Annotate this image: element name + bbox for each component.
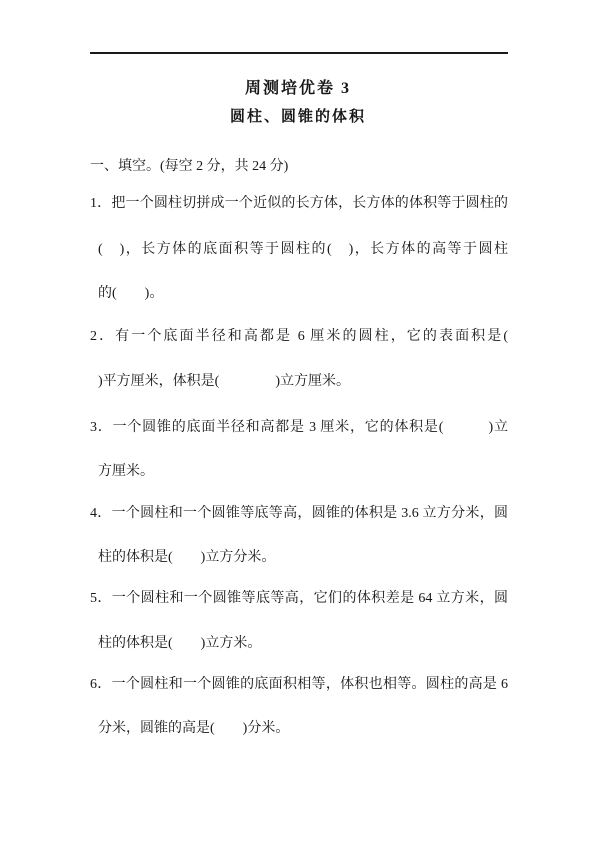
question-2-line-2: )平方厘米，体积是( )立方厘米。: [98, 360, 508, 403]
question-1-line-2: ( )，长方体的底面积等于圆柱的( )，长方体的高等于圆柱: [98, 228, 508, 271]
question-2-line-1: 2．有一个底面半径和高都是 6 厘米的圆柱，它的表面积是(: [90, 315, 508, 358]
question-5-line-2: 柱的体积是( )立方米。: [98, 622, 508, 665]
question-5-line-1: 5．一个圆柱和一个圆锥等底等高，它们的体积差是 64 立方米，圆: [90, 577, 508, 620]
question-4-line-1: 4．一个圆柱和一个圆锥等底等高，圆锥的体积是 3.6 立方分米，圆: [90, 492, 508, 535]
question-6-line-2: 分米，圆锥的高是( )分米。: [98, 707, 508, 750]
worksheet-page: 周测培优卷 3 圆柱、圆锥的体积 一、填空。(每空 2 分，共 24 分) 1．…: [0, 0, 596, 842]
page-subtitle: 圆柱、圆锥的体积: [0, 105, 596, 129]
question-3-line-1: 3．一个圆锥的底面半径和高都是 3 厘米，它的体积是( )立: [90, 406, 508, 449]
question-6-line-1: 6．一个圆柱和一个圆锥的底面积相等，体积也相等。圆柱的高是 6: [90, 663, 508, 706]
question-1-line-3: 的( )。: [98, 272, 508, 315]
question-4-line-2: 柱的体积是( )立方分米。: [98, 536, 508, 579]
question-3-line-2: 方厘米。: [98, 450, 508, 493]
header-rule: [90, 52, 508, 54]
page-title: 周测培优卷 3: [0, 77, 596, 101]
question-1-line-1: 1．把一个圆柱切拼成一个近似的长方体，长方体的体积等于圆柱的: [90, 182, 508, 225]
